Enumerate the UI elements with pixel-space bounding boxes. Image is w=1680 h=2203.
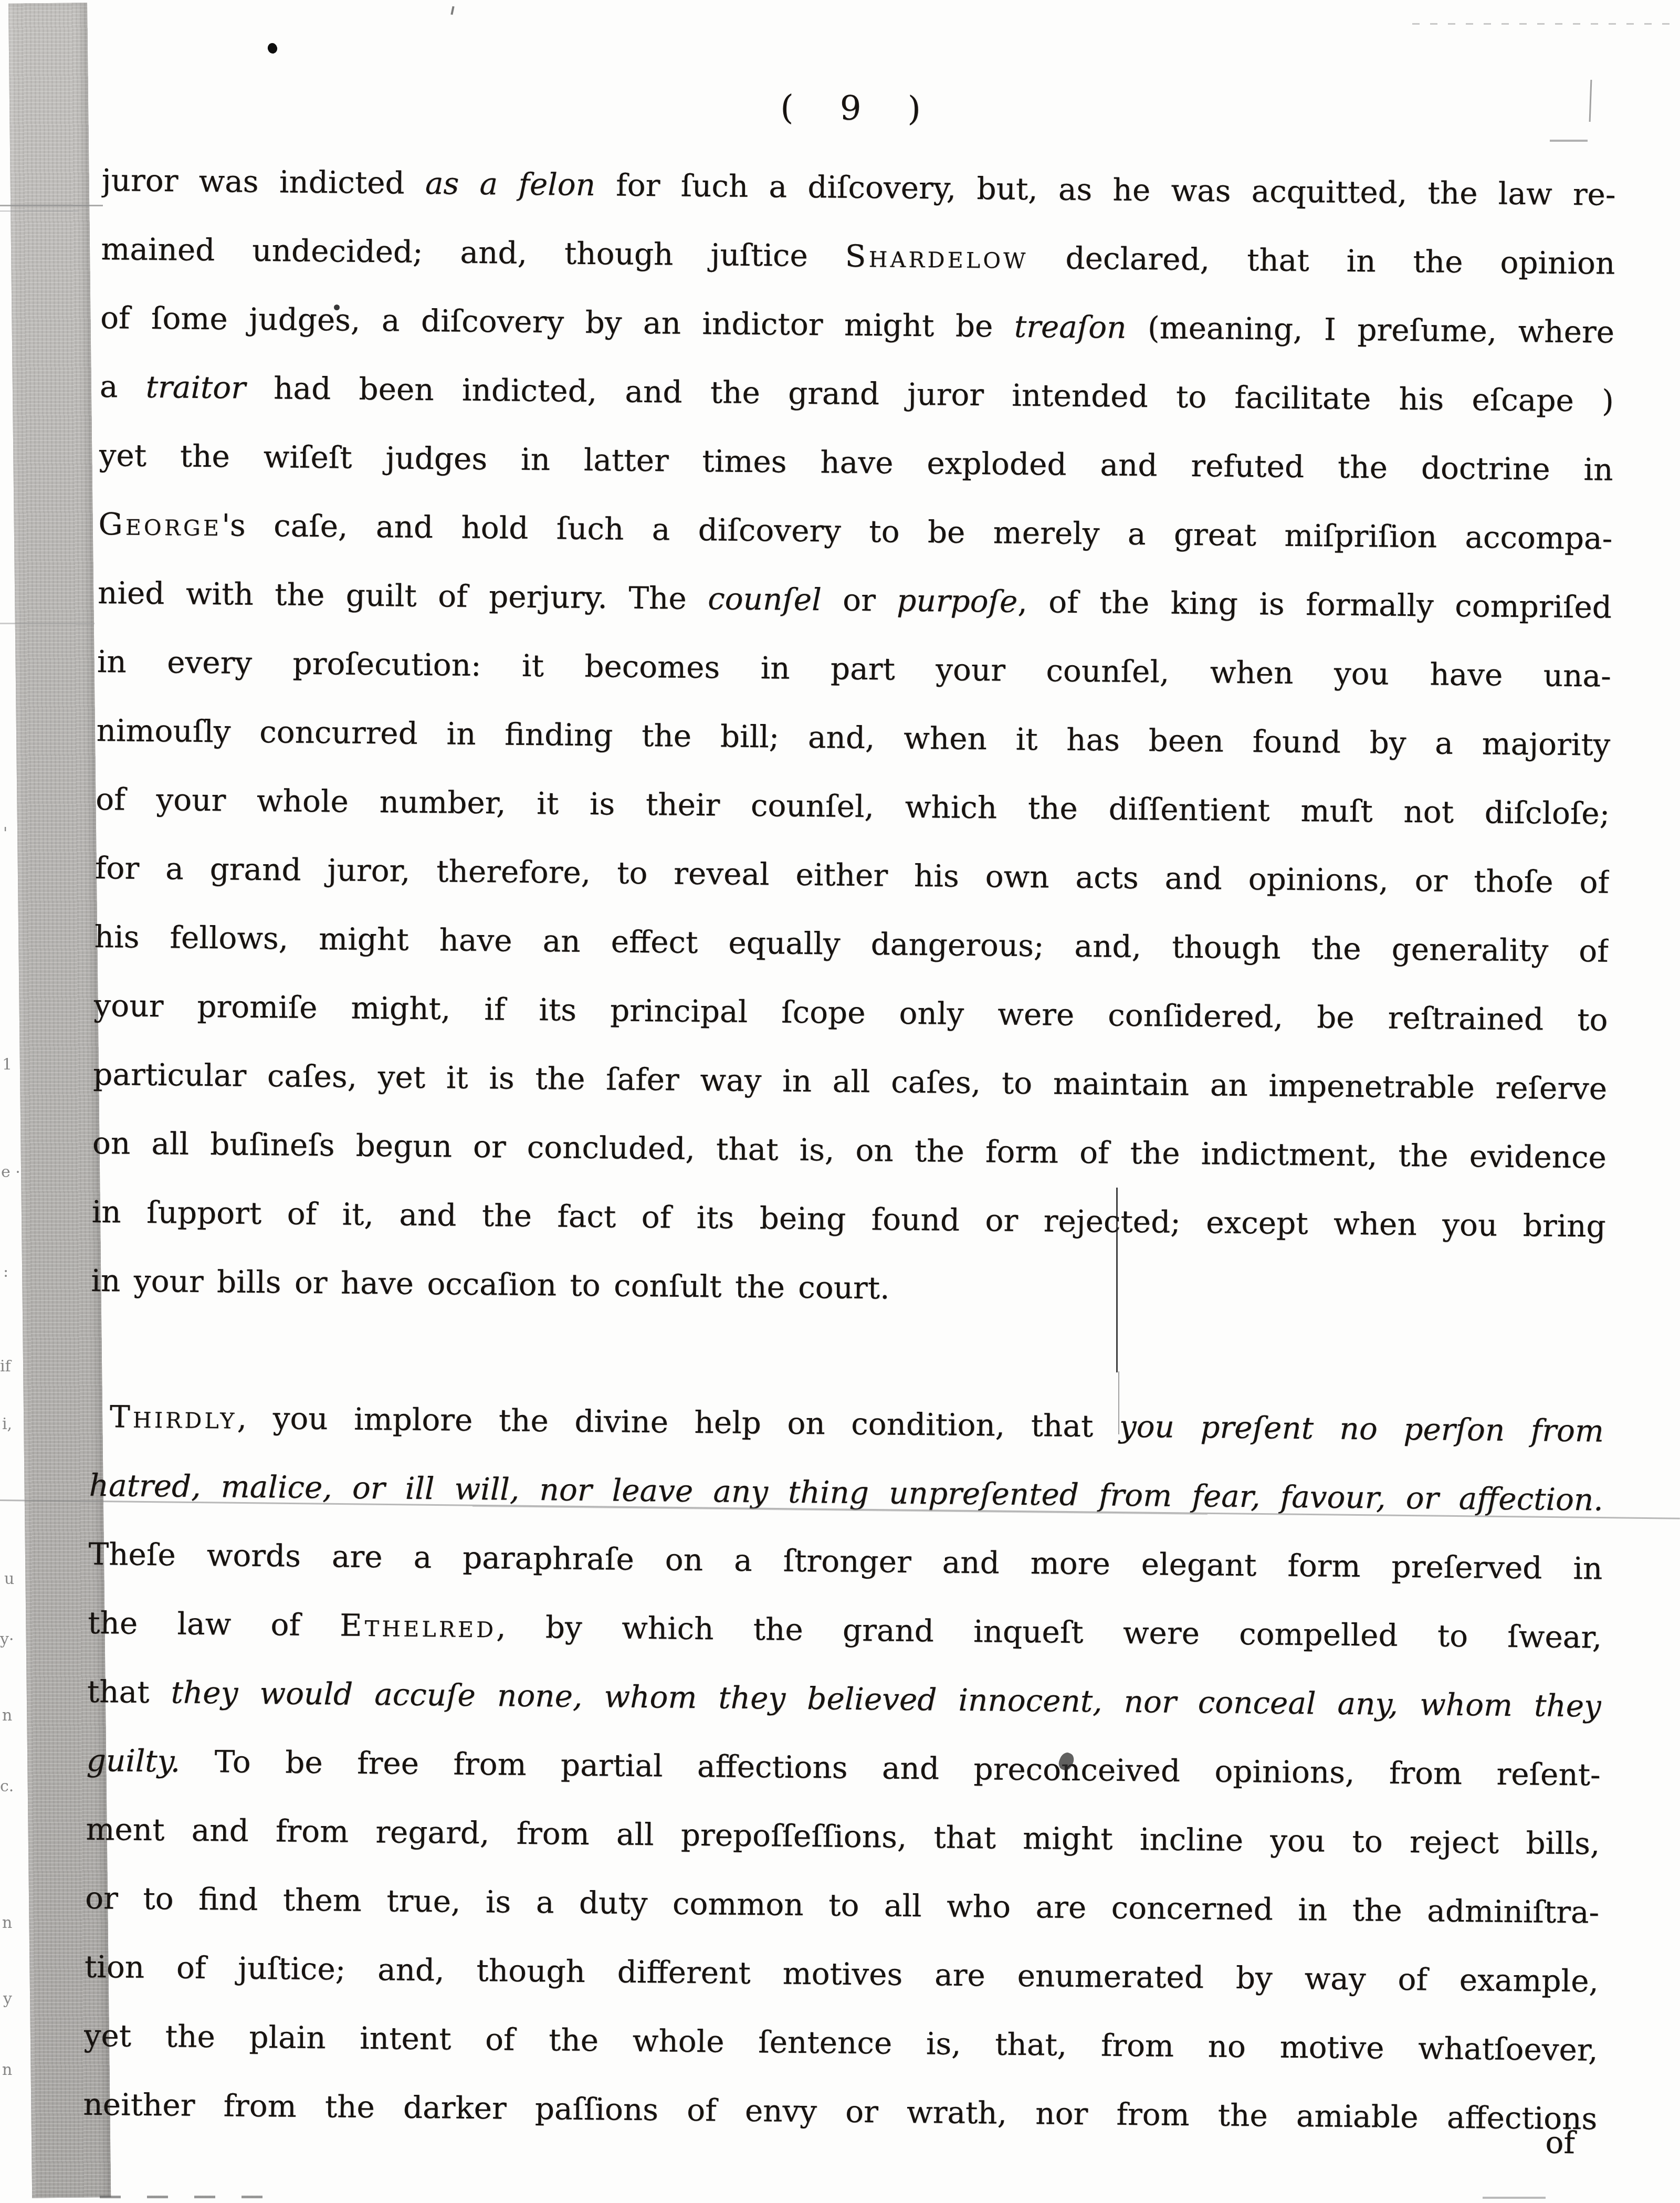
smallcaps-run: Shardelow — [845, 238, 1028, 276]
scan-dash — [100, 2196, 283, 2198]
text-run: of ſome judges, a diſcovery by an indict… — [100, 300, 1014, 344]
scanned-book-page: '1e ·:ifi,uy·nc.nyn ( 9 ) juror was indi… — [0, 0, 1680, 2203]
text-run: yet the wiſeſt judges in latter times ha… — [99, 437, 1613, 488]
text-run: nied with the guilt of perjury. The — [98, 575, 708, 616]
text-run: the law of — [88, 1605, 340, 1643]
italic-run: treaſon — [1014, 309, 1127, 345]
text-run: or — [821, 582, 897, 618]
vertical-scratch — [1116, 1188, 1118, 1372]
vertical-scratch-echo — [1118, 1371, 1119, 1434]
margin-mark: n — [2, 1706, 12, 1725]
text-run: juror was indicted — [101, 162, 425, 201]
italic-run: purpoſe — [897, 583, 1018, 620]
margin-marks: '1e ·:ifi,uy·nc.nyn — [0, 0, 31, 2203]
paragraph: Thirdly, you implore the divine help on … — [83, 1382, 1604, 2154]
paragraph: juror was indicted as a felon for ſuch a… — [91, 146, 1616, 1330]
margin-mark: y — [3, 1990, 12, 2008]
margin-mark: ' — [3, 824, 7, 843]
margin-mark: 1 — [2, 1055, 12, 1074]
margin-mark: e · — [1, 1163, 20, 1181]
text-run: had been indicted, and the grand juror i… — [246, 370, 1614, 419]
italic-run: counſel — [708, 581, 822, 617]
text-line: in your bills or have occaſion to conſul… — [91, 1246, 1605, 1330]
smallcaps-run: Ethelred — [340, 1607, 497, 1644]
italic-run: traitor — [145, 369, 246, 406]
body-text: juror was indicted as a felon for ſuch a… — [83, 146, 1616, 2154]
margin-mark: i, — [2, 1415, 12, 1433]
text-run: tion of juſtice; and, though different m… — [85, 1949, 1599, 1999]
smallcaps-run: Thirdly — [110, 1399, 237, 1435]
text-run: particular caſes, yet it is the ſafer wa… — [93, 1056, 1608, 1107]
margin-mark: if — [0, 1357, 11, 1376]
text-run: that — [87, 1674, 171, 1711]
text-run: (meaning, I preſume, where — [1126, 310, 1614, 350]
text-run: neither from the darker paſſions of envy… — [83, 2086, 1598, 2137]
text-run: yet the plain intent of the whole ſenten… — [83, 2018, 1598, 2068]
scan-dotted-streak — [1412, 23, 1677, 25]
text-run: To be free from partial affections and p… — [180, 1744, 1601, 1793]
scan-dash — [1483, 2197, 1546, 2199]
text-run: , you implore the divine help on conditi… — [237, 1400, 1119, 1444]
page-number: ( 9 ) — [102, 72, 1616, 161]
margin-mark: n — [2, 1914, 12, 1932]
text-run: on all buſineſs begun or concluded, that… — [92, 1125, 1607, 1176]
text-line: neither from the darker paſſions of envy… — [83, 2070, 1598, 2154]
italic-run: as a felon — [425, 165, 596, 203]
text-run: in ſupport of it, and the fact of its be… — [91, 1194, 1606, 1244]
margin-mark: c. — [0, 1777, 14, 1796]
margin-mark: u — [4, 1570, 14, 1588]
smallcaps-run: George — [98, 506, 222, 543]
text-run: ment and from regard, from all prepoſſeſ… — [86, 1811, 1600, 1862]
text-run: or to find them true, is a duty common t… — [85, 1880, 1600, 1931]
text-run: his fellows, might have an effect equall… — [94, 919, 1609, 969]
ink-speck — [450, 6, 454, 15]
text-run: for a grand juror, therefore, to reveal … — [95, 850, 1610, 900]
text-run: a — [100, 369, 146, 405]
text-run: in every proſecution: it becomes in part… — [97, 644, 1612, 694]
margin-mark: : — [3, 1263, 8, 1281]
text-run: 's caſe, and hold ſuch a diſcovery to be… — [222, 507, 1613, 556]
text-run: , of the king is formally compriſed — [1017, 584, 1612, 625]
text-run: mained undecided; and, though juſtice — [101, 231, 845, 274]
scan-dash — [1550, 140, 1588, 142]
italic-run: you preſent no perſon from — [1119, 1409, 1604, 1449]
italic-run: guilty. — [86, 1743, 180, 1779]
page-content: ( 9 ) juror was indicted as a felon for … — [82, 50, 1616, 2177]
text-run: in your bills or have occaſion to conſul… — [91, 1263, 890, 1306]
text-run: your promiſe might, if its principal ſco… — [93, 988, 1608, 1038]
margin-mark: y· — [0, 1630, 14, 1649]
text-run: Theſe words are a paraphraſe on a ſtrong… — [88, 1536, 1603, 1587]
text-run: nimouſly concurred in finding the bill; … — [96, 712, 1611, 763]
margin-mark: n — [2, 2061, 12, 2079]
text-run: for ſuch a diſcovery, but, as he was acq… — [595, 167, 1616, 213]
text-run: of your whole number, it is their counſe… — [96, 781, 1610, 832]
text-run: , by which the grand inqueſt were compel… — [496, 1609, 1602, 1655]
text-run: declared, that in the opinion — [1028, 240, 1615, 281]
ink-speck — [334, 305, 340, 310]
